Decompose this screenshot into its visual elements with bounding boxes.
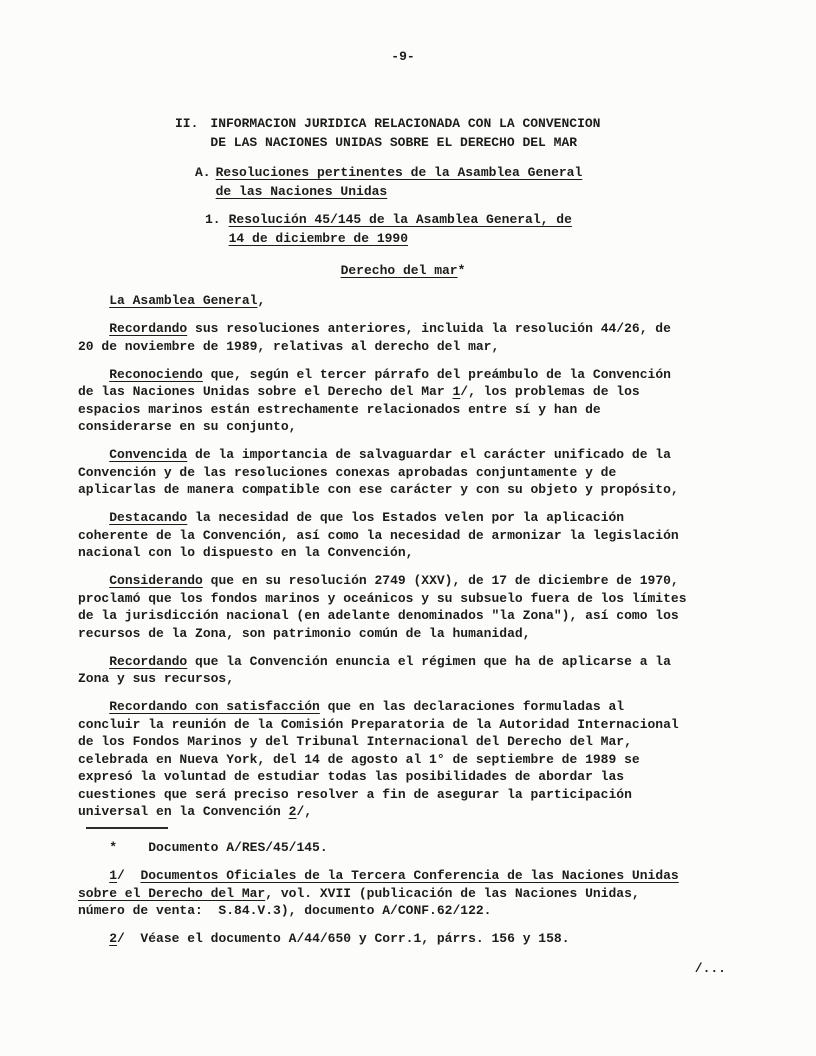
- salutation: La Asamblea General,: [78, 292, 728, 310]
- text-run: /,: [296, 804, 312, 819]
- footnote-asterisk-marker: *: [458, 263, 466, 278]
- text-run: [78, 573, 109, 588]
- underlined-text-run: Recordando con satisfacción: [109, 699, 320, 714]
- heading-line: INFORMACION JURIDICA RELACIONADA CON LA …: [210, 114, 600, 133]
- resolution-body: Recordando sus resoluciones anteriores, …: [78, 320, 728, 821]
- subsection-a-label: A.: [195, 163, 211, 201]
- subsection-a-lines: Resoluciones pertinentes de la Asamblea …: [216, 163, 583, 201]
- text-run: [78, 367, 109, 382]
- resolution-paragraph: Recordando con satisfacción que en las d…: [78, 698, 728, 821]
- underlined-text-run: La Asamblea General: [109, 293, 257, 308]
- text-run: /: [117, 868, 140, 883]
- resolution-title-text: Derecho del mar: [341, 263, 458, 278]
- resolution-paragraph: Convencida de la importancia de salvagua…: [78, 446, 728, 499]
- section-numeral: II.: [175, 114, 198, 152]
- footnotes-section: * Documento A/RES/45/145. 1/ Documentos …: [78, 839, 728, 948]
- footnote-separator: [86, 827, 168, 829]
- underlined-text-run: 14 de diciembre de 1990: [229, 231, 408, 246]
- item-1-lines: Resolución 45/145 de la Asamblea General…: [229, 210, 572, 248]
- text-run: [78, 447, 109, 462]
- text-run: Documento A/RES/45/145.: [148, 840, 327, 855]
- resolution-paragraph: Recordando que la Convención enuncia el …: [78, 653, 728, 688]
- continuation-mark: /...: [78, 960, 728, 978]
- text-run: *: [78, 840, 148, 855]
- underlined-text-run: Destacando: [109, 510, 187, 525]
- footnote: 1/ Documentos Oficiales de la Tercera Co…: [78, 867, 728, 920]
- underlined-text-run: 2: [109, 931, 117, 946]
- underlined-text-run: de las Naciones Unidas: [216, 184, 388, 199]
- text-run: [78, 699, 109, 714]
- text-run: [78, 321, 109, 336]
- heading-line: Resolución 45/145 de la Asamblea General…: [229, 210, 572, 229]
- underlined-text-run: Recordando: [109, 654, 187, 669]
- underlined-text-run: Resolución 45/145 de la Asamblea General…: [229, 212, 572, 227]
- item-1-label: 1.: [205, 210, 221, 248]
- text-run: [78, 293, 109, 308]
- underlined-text-run: Reconociendo: [109, 367, 203, 382]
- resolution-paragraph: Destacando la necesidad de que los Estad…: [78, 509, 728, 562]
- text-run: que en las declaraciones formuladas al c…: [78, 699, 679, 819]
- text-run: [78, 868, 109, 883]
- subsection-a-heading: A. Resoluciones pertinentes de la Asambl…: [195, 163, 728, 201]
- text-run: ,: [257, 293, 265, 308]
- underlined-text-run: Considerando: [109, 573, 203, 588]
- text-run: [78, 931, 109, 946]
- section-heading: II. INFORMACION JURIDICA RELACIONADA CON…: [175, 114, 728, 152]
- heading-line: 14 de diciembre de 1990: [229, 229, 572, 248]
- text-run: / Véase el documento A/44/650 y Corr.1, …: [117, 931, 569, 946]
- heading-line: de las Naciones Unidas: [216, 182, 583, 201]
- heading-line: DE LAS NACIONES UNIDAS SOBRE EL DERECHO …: [210, 133, 600, 152]
- section-heading-lines: INFORMACION JURIDICA RELACIONADA CON LA …: [210, 114, 600, 152]
- underlined-text-run: Resoluciones pertinentes de la Asamblea …: [216, 165, 583, 180]
- footnote: 2/ Véase el documento A/44/650 y Corr.1,…: [78, 930, 728, 948]
- footnote: * Documento A/RES/45/145.: [78, 839, 728, 857]
- document-page: -9- II. INFORMACION JURIDICA RELACIONADA…: [0, 0, 816, 1056]
- text-run: [78, 510, 109, 525]
- underlined-text-run: 1: [109, 868, 117, 883]
- resolution-title: Derecho del mar*: [78, 262, 728, 280]
- item-1-heading: 1. Resolución 45/145 de la Asamblea Gene…: [205, 210, 728, 248]
- underlined-text-run: Recordando: [109, 321, 187, 336]
- resolution-paragraph: Reconociendo que, según el tercer párraf…: [78, 366, 728, 436]
- text-run: [78, 654, 109, 669]
- page-content: -9- II. INFORMACION JURIDICA RELACIONADA…: [78, 0, 728, 977]
- page-number: -9-: [78, 0, 728, 66]
- heading-line: Resoluciones pertinentes de la Asamblea …: [216, 163, 583, 182]
- resolution-paragraph: Recordando sus resoluciones anteriores, …: [78, 320, 728, 355]
- underlined-text-run: Convencida: [109, 447, 187, 462]
- resolution-paragraph: Considerando que en su resolución 2749 (…: [78, 572, 728, 642]
